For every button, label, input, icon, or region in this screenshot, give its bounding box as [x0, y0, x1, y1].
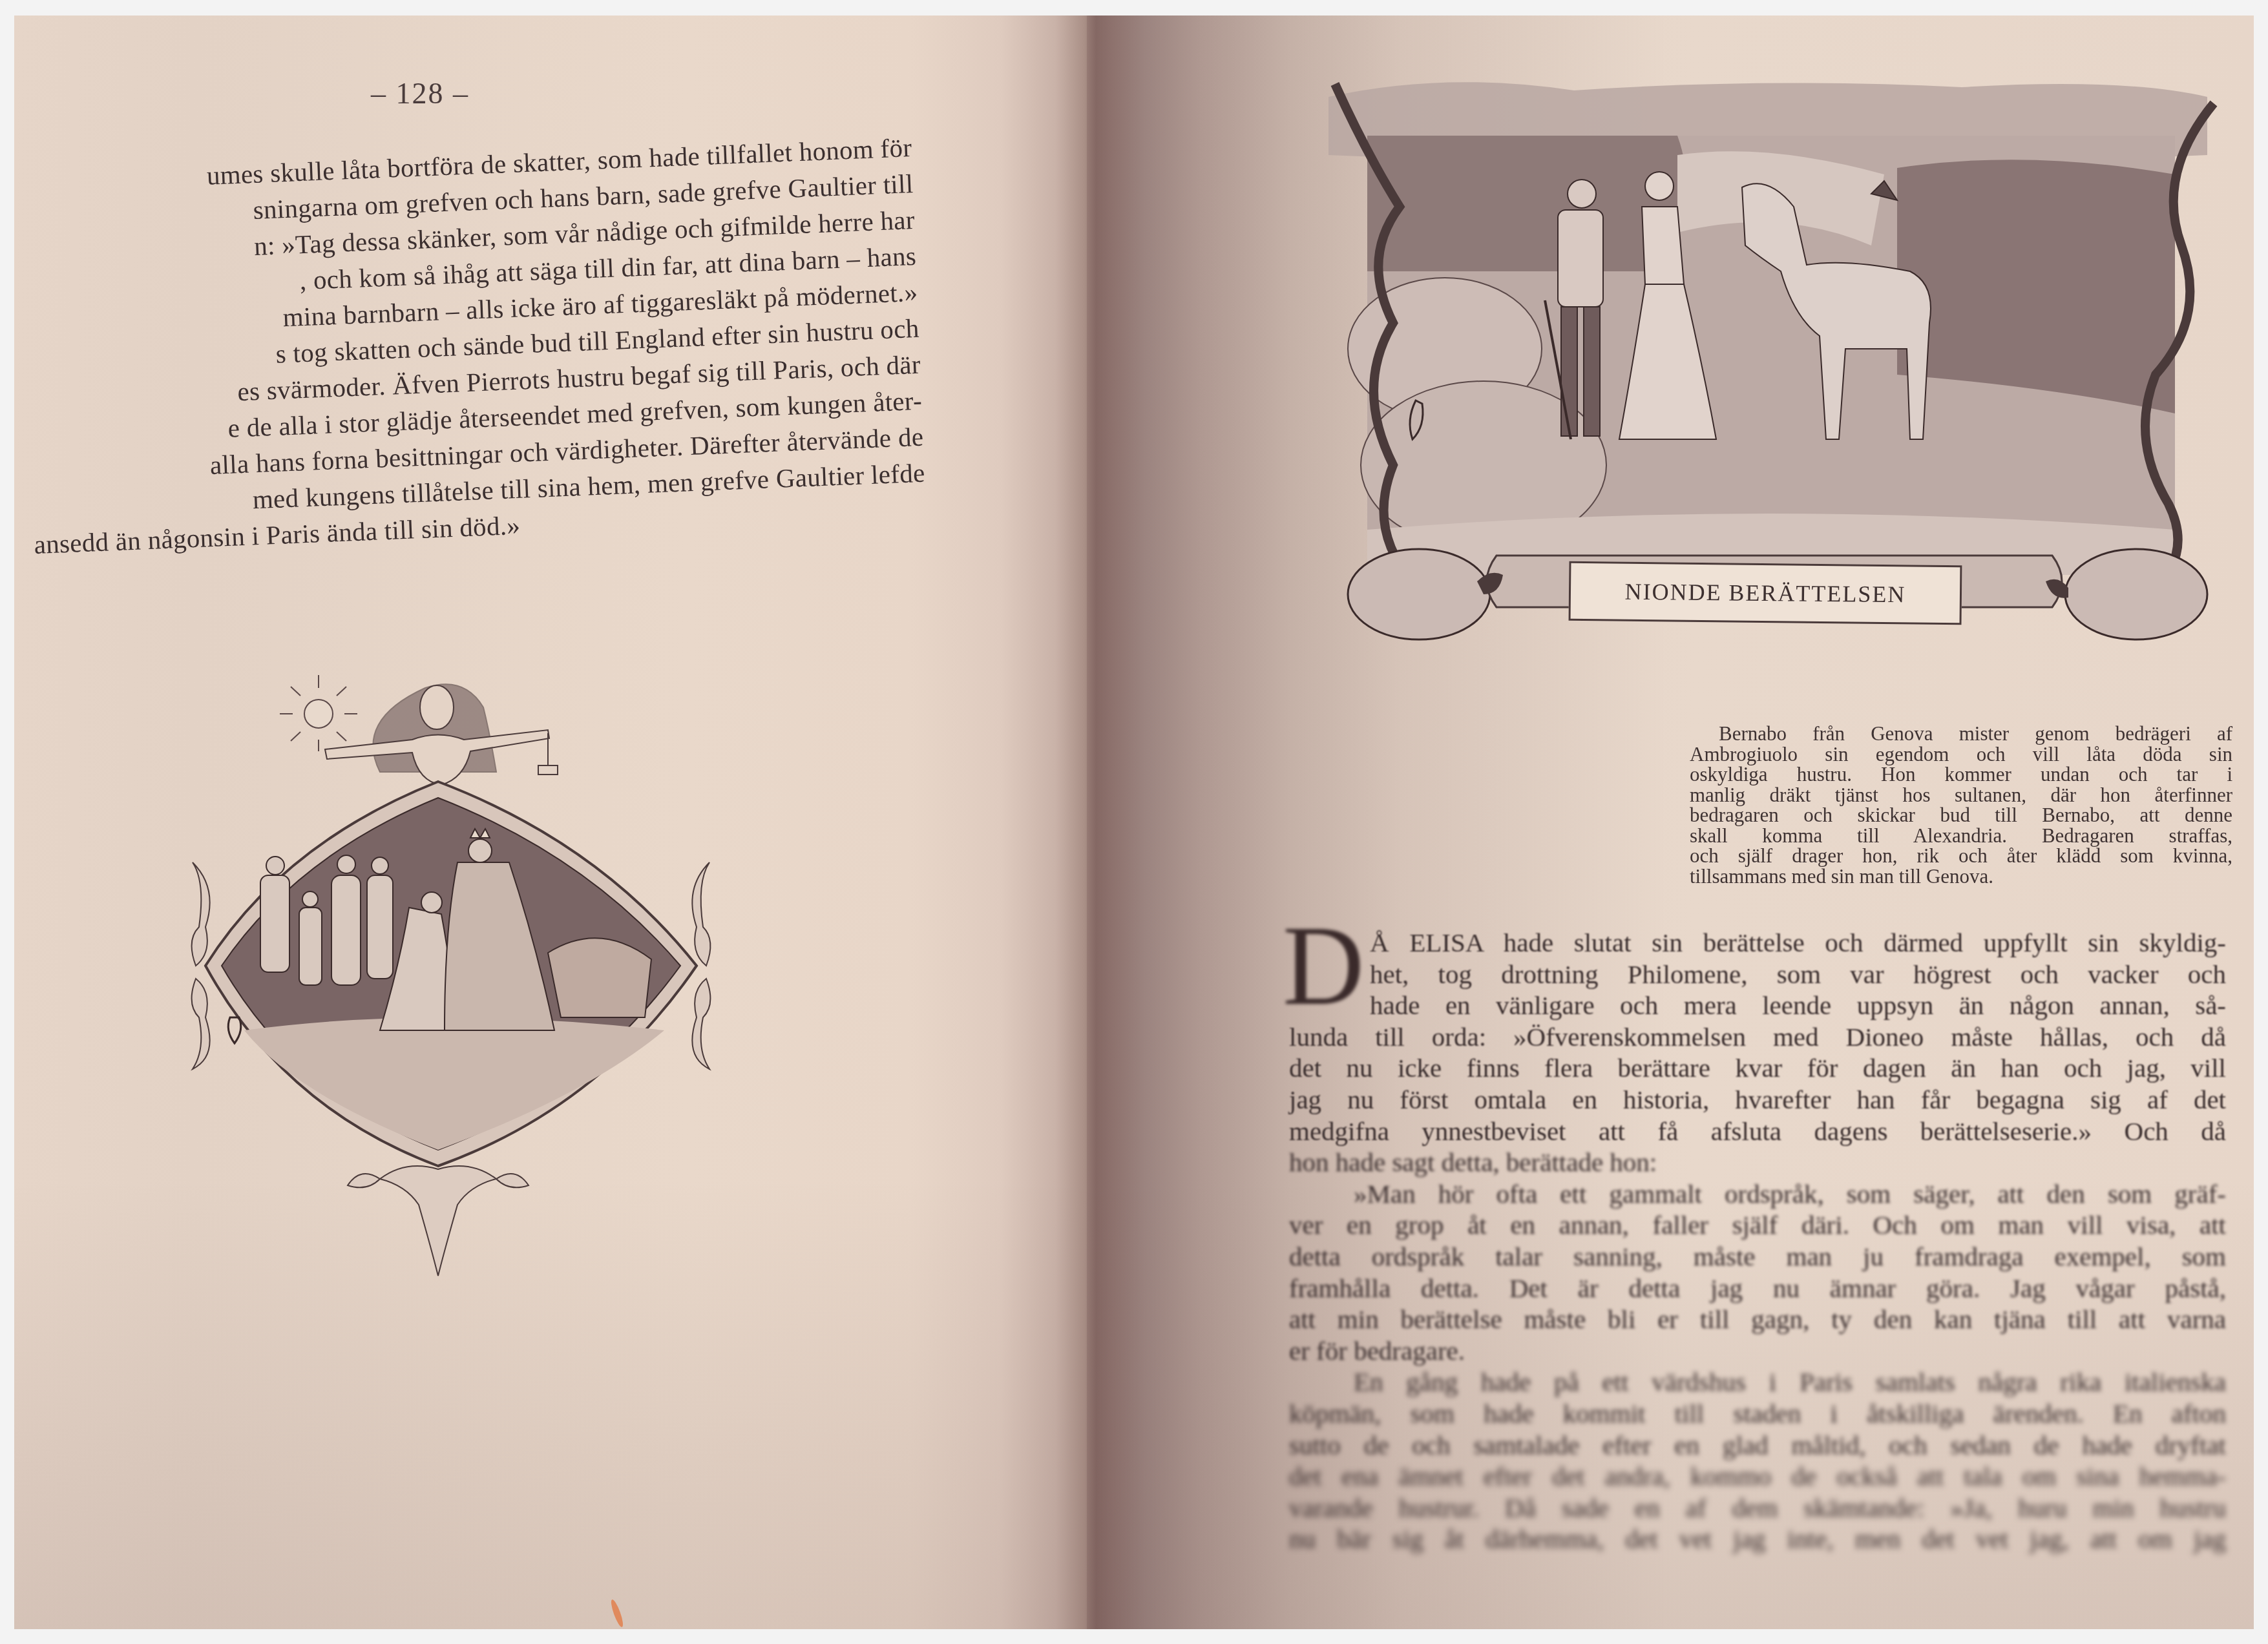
allegorical-figure — [325, 684, 558, 785]
summary-line: och själf drager hon, rik och åter klädd… — [1690, 846, 2232, 866]
page-number: – 128 – — [349, 76, 491, 110]
body-line: Å ELISA hade slutat sin berättelse och d… — [1289, 927, 2226, 959]
body-line: hade en vänligare och mera leende uppsyn… — [1289, 990, 2226, 1021]
summary-line: manlig dräkt tjänst hos sultanen, där ho… — [1690, 785, 2232, 806]
body-line: jag nu först omtala en historia, hvareft… — [1289, 1084, 2226, 1116]
body-line: detta ordspråk talar sanning, måste man … — [1289, 1241, 2226, 1273]
body-line: sutto de och samtalade efter en glad mål… — [1289, 1430, 2226, 1461]
body-line: köpmän, som hade kommit till staden i åt… — [1289, 1398, 2226, 1430]
body-line: medgifna ynnestbeviset att få afsluta da… — [1289, 1116, 2226, 1147]
monogram-icon — [228, 1017, 241, 1043]
chapter-title: NIONDE BERÄTTELSEN — [1569, 561, 1962, 625]
right-page-body: Å ELISA hade slutat sin berättelse och d… — [1289, 927, 2226, 1555]
summary-line: oskyldiga hustru. Hon kommer undan och t… — [1690, 764, 2232, 785]
body-line: hon hade sagt detta, berättade hon: — [1289, 1147, 2226, 1178]
left-page-text: umes skulle låta bortföra de skatter, so… — [7, 129, 927, 563]
body-line: det ena ämnet efter det andra, kommo de … — [1289, 1461, 2226, 1492]
summary-line: bedragaren och skickar bud till Bernabo,… — [1690, 805, 2232, 826]
summary-line: skall komma till Alexandria. Bedragaren … — [1690, 826, 2232, 846]
body-line: nu bär sig åt därhemma, det vet jag inte… — [1289, 1523, 2226, 1555]
body-line: att min berättelse måste bli er till gag… — [1289, 1304, 2226, 1335]
body-line: varande hustrur. Då sade en af dem skämt… — [1289, 1492, 2226, 1524]
summary-line: tillsammans med sin man till Genova. — [1690, 866, 2232, 887]
body-line: het, tog drottning Philomene, som var hö… — [1289, 959, 2226, 990]
summary-line: Bernabo från Genova mister genom bedräge… — [1690, 723, 2232, 744]
body-line: det nu icke finns flera berättare kvar f… — [1289, 1052, 2226, 1084]
ornament-bottom — [348, 1166, 529, 1276]
body-line: »Man hör ofta ett gammalt ordspråk, som … — [1289, 1178, 2226, 1210]
body-line: er för bedragare. — [1289, 1335, 2226, 1367]
summary-line: Ambrogiuolo sin egendom och vill låta dö… — [1690, 744, 2232, 765]
body-line: framhålla detta. Det är detta jag nu ämn… — [1289, 1273, 2226, 1304]
body-line: lunda till orda: »Öfverenskommelsen med … — [1289, 1021, 2226, 1053]
body-line: ver en grop åt en annan, faller själf dä… — [1289, 1209, 2226, 1241]
header-illustration — [1316, 78, 2229, 646]
body-line: En gång hade på ett värdshus i Paris sam… — [1289, 1366, 2226, 1398]
sun-icon — [280, 675, 357, 751]
chapter-summary: Bernabo från Genova mister genom bedräge… — [1690, 723, 2232, 886]
left-vignette-illustration — [186, 669, 722, 1279]
